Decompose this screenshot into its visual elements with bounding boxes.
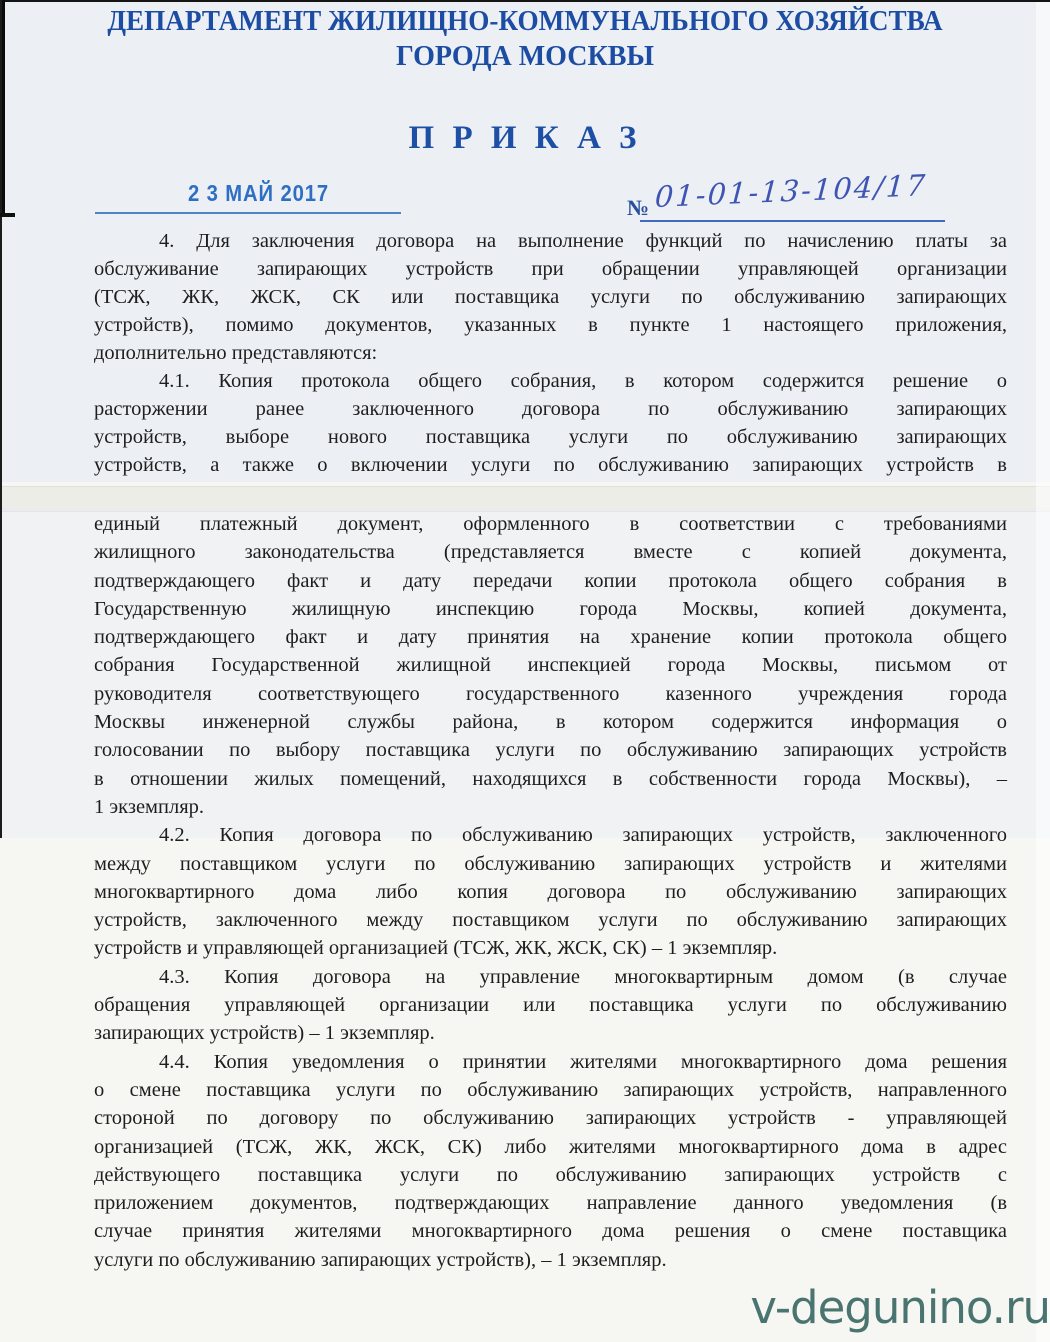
scanned-document-page: ДЕПАРТАМЕНТ ЖИЛИЩНО-КОММУНАЛЬНОГО ХОЗЯЙС… [0, 0, 1050, 1342]
paragraph-4-1-continued: единый платежный документ, оформленного … [94, 510, 1007, 821]
text-line: обслуживание запирающих устройств при об… [94, 255, 1007, 283]
text-line: устройств, а также о включении услуги по… [94, 451, 1007, 479]
text-line: (ТСЖ, ЖК, ЖСК, СК или поставщика услуги … [94, 283, 1007, 311]
scan-edge-left-dash [0, 213, 15, 217]
text-line: 4.3. Копия договора на управление многок… [94, 963, 1007, 991]
paragraph-4-2: 4.2. Копия договора по обслуживанию запи… [94, 821, 1007, 962]
text-line: подтверждающего факт и дату передачи коп… [94, 567, 1007, 595]
date-stamp: 2 3 МАЙ 2017 [188, 180, 329, 207]
paragraph-4: 4. Для заключения договора на выполнение… [94, 227, 1007, 367]
department-name-line2: ГОРОДА МОСКВЫ [0, 41, 1050, 73]
number-sign: № [627, 195, 649, 221]
text-line: многоквартирного дома либо копия договор… [94, 878, 1007, 906]
text-line: устройств, заключенного между поставщико… [94, 906, 1007, 934]
paragraph-4-1: 4.1. Копия протокола общего собрания, в … [94, 367, 1007, 479]
text-line: собрания Государственной жилищной инспек… [94, 651, 1007, 679]
date-underline [95, 212, 401, 214]
text-line: устройств и управляющей организацией (ТС… [94, 934, 1007, 962]
text-line: 4.2. Копия договора по обслуживанию запи… [94, 821, 1007, 849]
text-line: о смене поставщика услуги по обслуживани… [94, 1076, 1007, 1104]
order-title: П Р И К А З [0, 120, 1050, 157]
text-line: запирающих устройств) – 1 экземпляр. [94, 1019, 1007, 1047]
text-line: случае принятия жителями многоквартирног… [94, 1217, 1007, 1245]
text-line: Государственную жилищную инспекцию город… [94, 595, 1007, 623]
text-line: организацией (ТСЖ, ЖК, ЖСК, СК) либо жит… [94, 1133, 1007, 1161]
text-line: подтверждающего факт и дату принятия на … [94, 623, 1007, 651]
text-line: между поставщиком услуги по обслуживанию… [94, 850, 1007, 878]
text-line: жилищного законодательства (представляет… [94, 538, 1007, 566]
text-line: 4.1. Копия протокола общего собрания, в … [94, 367, 1007, 395]
body-text-lower-scan: единый платежный документ, оформленного … [94, 510, 1007, 1274]
paragraph-4-3: 4.3. Копия договора на управление многок… [94, 963, 1007, 1048]
text-line: устройств), помимо документов, указанных… [94, 311, 1007, 339]
text-line: действующего поставщика услуги по обслуж… [94, 1161, 1007, 1189]
scan-edge-top [0, 0, 1050, 2]
text-line: услуги по обслуживанию запирающих устрой… [94, 1246, 1007, 1274]
text-line: обращения управляющей организации или по… [94, 991, 1007, 1019]
text-line: устройств, выборе нового поставщика услу… [94, 423, 1007, 451]
body-text-upper-scan: 4. Для заключения договора на выполнение… [94, 227, 1007, 479]
text-line: 1 экземпляр. [94, 793, 1007, 821]
scan-edge-right [1036, 0, 1050, 1342]
text-line: в отношении жилых помещений, находящихся… [94, 765, 1007, 793]
text-line: 4.4. Копия уведомления о принятии жителя… [94, 1048, 1007, 1076]
text-line: дополнительно представляются: [94, 339, 1007, 367]
department-name-line1: ДЕПАРТАМЕНТ ЖИЛИЩНО-КОММУНАЛЬНОГО ХОЗЯЙС… [16, 6, 1035, 38]
text-line: расторжении ранее заключенного договора … [94, 395, 1007, 423]
paragraph-4-4: 4.4. Копия уведомления о принятии жителя… [94, 1048, 1007, 1274]
text-line: голосовании по выбору поставщика услуги … [94, 736, 1007, 764]
number-underline [640, 220, 945, 222]
text-line: стороной по договору по обслуживанию зап… [94, 1104, 1007, 1132]
letterhead: ДЕПАРТАМЕНТ ЖИЛИЩНО-КОММУНАЛЬНОГО ХОЗЯЙС… [0, 6, 1050, 73]
watermark-site-url: v-degunino.ru [750, 1281, 1050, 1334]
text-line: руководителя соответствующего государств… [94, 680, 1007, 708]
text-line: единый платежный документ, оформленного … [94, 510, 1007, 538]
text-line: Москвы инженерной службы района, в котор… [94, 708, 1007, 736]
text-line: 4. Для заключения договора на выполнение… [94, 227, 1007, 255]
text-line: приложением документов, подтверждающих н… [94, 1189, 1007, 1217]
